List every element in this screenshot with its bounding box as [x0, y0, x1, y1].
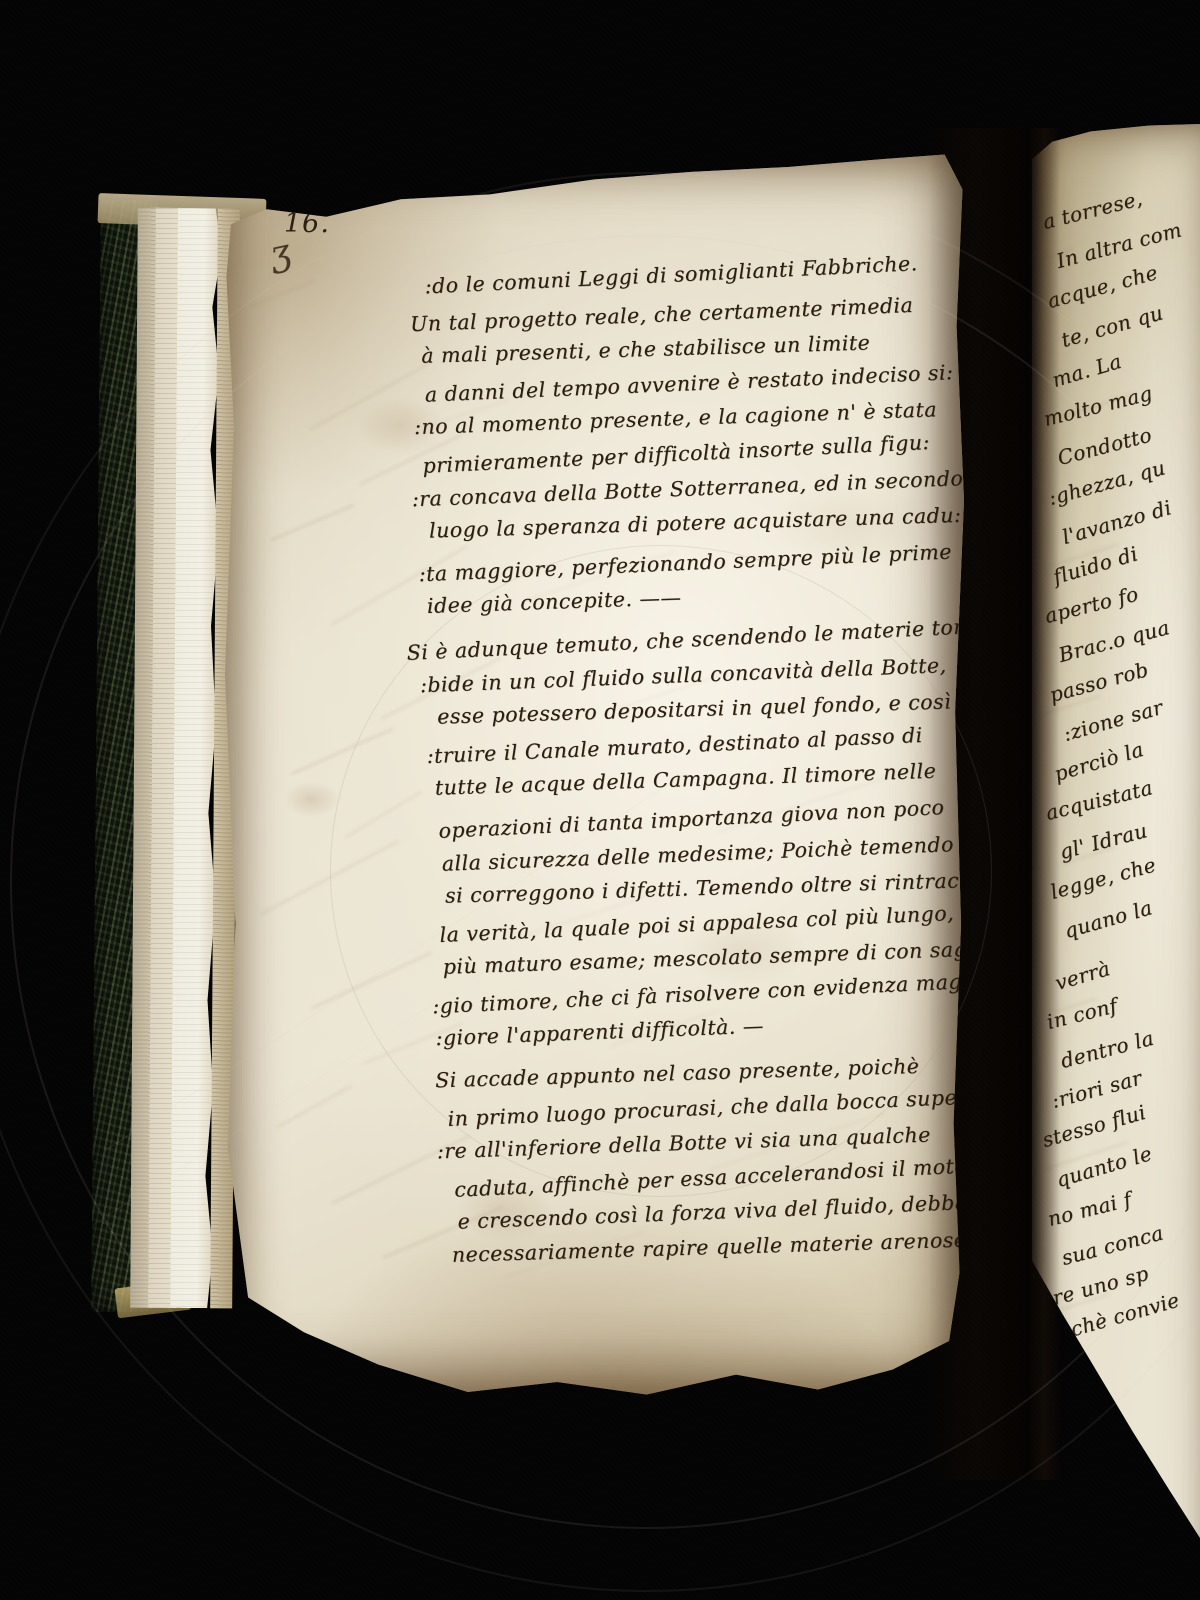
facing-page-fragment-line: verrà: [1052, 956, 1113, 995]
bleedthrough-stroke: [260, 840, 399, 916]
facing-page-fragment-line: dentro la: [1058, 1026, 1156, 1073]
facing-page-fragment-line: sua conca: [1059, 1221, 1166, 1271]
bleedthrough-stroke: [1059, 1444, 1125, 1468]
facing-page-fragment-line: quanto le: [1053, 1141, 1155, 1192]
page-number: 16.: [284, 210, 330, 237]
manuscript-text-block: :do le comuni Leggi di somiglianti Fabbr…: [394, 248, 1012, 1278]
page-stack-edges: [130, 208, 240, 1309]
facing-page-fragment-line: a torrese,: [1040, 186, 1145, 234]
bleedthrough-stroke: [276, 1084, 354, 1129]
bleedthrough-stroke: [270, 503, 355, 541]
right-page: a torrese,In altra comacque, chete, con …: [1032, 124, 1200, 1600]
facing-page-fragment-line: Brac.o qua: [1056, 615, 1172, 667]
bleedthrough-stroke: [250, 279, 316, 308]
facing-page-fragment-line: ma. La: [1049, 348, 1124, 391]
facing-page-fragment-line: no mai f: [1045, 1187, 1134, 1231]
page-number-flourish: ʒ: [266, 234, 293, 273]
manuscript-photo: 16. ʒ :do le comuni Leggi di somiglianti…: [0, 0, 1200, 1600]
facing-page-fragment-line: l'avanzo di: [1059, 495, 1174, 549]
facing-page-fragment-line: quano la: [1061, 895, 1155, 943]
facing-page-fragment-line: fluido di: [1050, 541, 1140, 589]
facing-page-fragment-line: in conf: [1044, 993, 1120, 1034]
bleedthrough-stroke: [311, 951, 433, 1010]
bleedthrough-stroke: [345, 790, 423, 838]
facing-page-fragment-line: :zione sar: [1060, 695, 1165, 746]
left-page: 16. ʒ :do le comuni Leggi di somiglianti…: [222, 152, 967, 1397]
facing-page-fragment-line: te, con qu: [1058, 301, 1165, 353]
bleedthrough-stroke: [290, 727, 394, 775]
